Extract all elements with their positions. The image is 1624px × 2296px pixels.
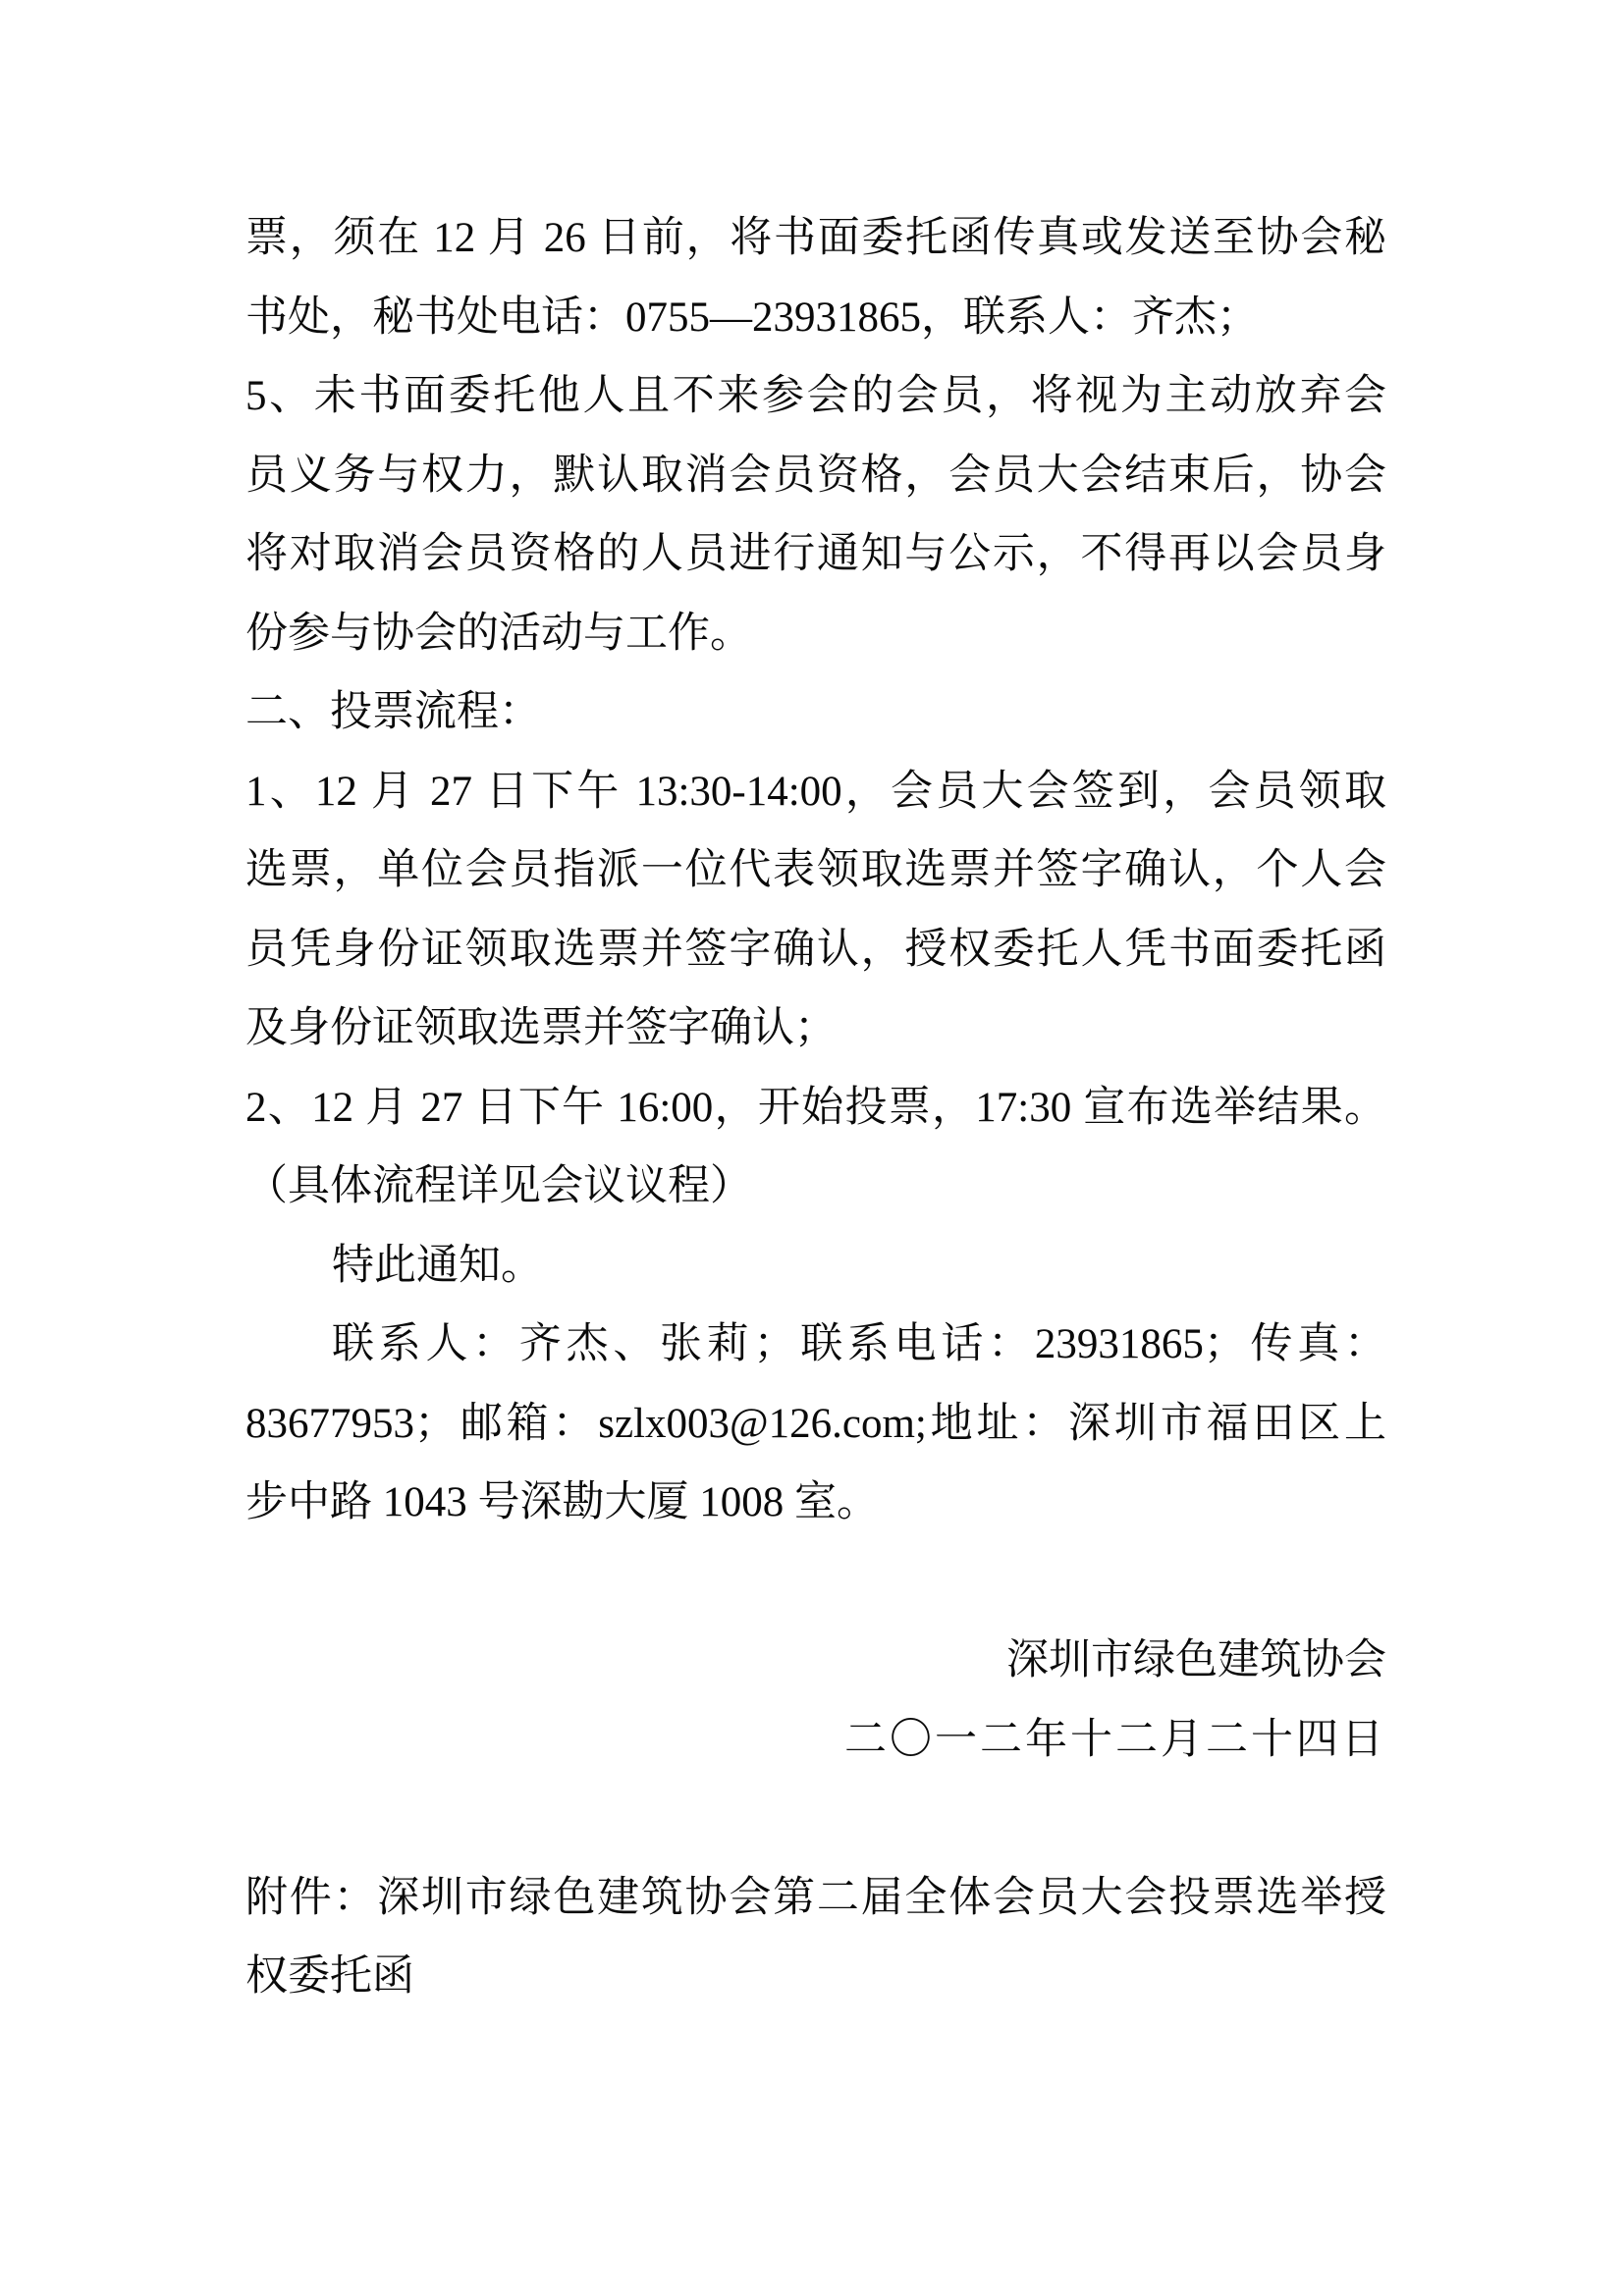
doc-contact-line: 83677953；邮箱：szlx003@126.com;地址：深圳市福田区上 [245,1385,1386,1465]
blank-line [245,1780,1386,1859]
doc-line: 及身份证领取选票并签字确认； [245,989,1386,1069]
doc-line: （具体流程详见会议议程） [245,1148,1386,1227]
attachment-line: 权委托函 [245,1938,1386,2017]
doc-line: 份参与协会的活动与工作。 [245,595,1386,674]
doc-contact-line: 联系人：齐杰、张莉；联系电话：23931865；传真： [245,1306,1386,1385]
doc-section-heading: 二、投票流程： [245,673,1386,753]
doc-line: 5、未书面委托他人且不来参会的会员，将视为主动放弃会 [245,357,1386,437]
blank-line [245,1543,1386,1623]
doc-line: 书处，秘书处电话：0755—23931865，联系人：齐杰； [245,279,1386,358]
doc-line: 票，须在 12 月 26 日前，将书面委托函传真或发送至协会秘 [245,199,1386,279]
doc-line: 员义务与权力，默认取消会员资格，会员大会结束后，协会 [245,437,1386,516]
doc-line: 员凭身份证领取选票并签字确认，授权委托人凭书面委托函 [245,911,1386,990]
doc-contact-line: 步中路 1043 号深勘大厦 1008 室。 [245,1464,1386,1543]
signature-date: 二〇一二年十二月二十四日 [245,1701,1386,1781]
attachment-line: 附件：深圳市绿色建筑协会第二届全体会员大会投票选举授 [245,1859,1386,1939]
doc-line: 选票，单位会员指派一位代表领取选票并签字确认，个人会 [245,831,1386,911]
signature-org: 深圳市绿色建筑协会 [245,1622,1386,1701]
document-page: 票，须在 12 月 26 日前，将书面委托函传真或发送至协会秘 书处，秘书处电话… [0,0,1624,2296]
doc-line: 将对取消会员资格的人员进行通知与公示，不得再以会员身 [245,515,1386,595]
doc-closing-line: 特此通知。 [245,1227,1386,1307]
doc-line: 2、12 月 27 日下午 16:00，开始投票，17:30 宣布选举结果。 [245,1069,1386,1148]
document-text-block: 票，须在 12 月 26 日前，将书面委托函传真或发送至协会秘 书处，秘书处电话… [245,199,1386,2017]
doc-line: 1、12 月 27 日下午 13:30-14:00，会员大会签到，会员领取 [245,753,1386,832]
